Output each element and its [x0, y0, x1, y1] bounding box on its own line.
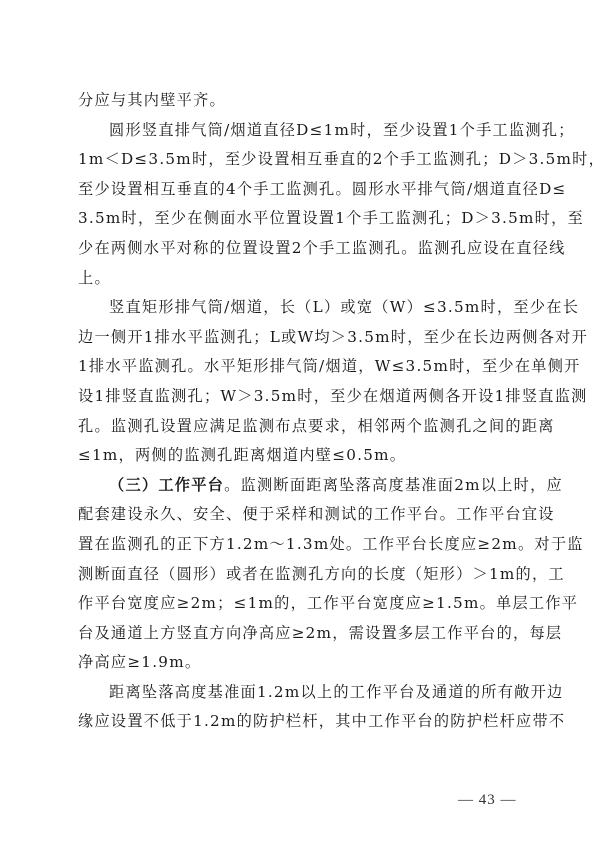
text-line: 1排水平监测孔。水平矩形排气筒/烟道，W≤3.5m时，至少在单侧开 [78, 352, 524, 382]
document-page: 分应与其内壁平齐。 圆形竖直排气筒/烟道直径D≤1m时，至少设置1个手工监测孔；… [78, 86, 524, 737]
text-line: 净高应≥1.9m。 [78, 648, 524, 678]
text-line: 配套建设永久、安全、便于采样和测试的工作平台。工作平台宜设 [78, 500, 524, 530]
text-line: 分应与其内壁平齐。 [78, 86, 524, 116]
text-line: 少在两侧水平对称的位置设置2个手工监测孔。监测孔应设在直径线 [78, 234, 524, 264]
text-line: ≤1m，两侧的监测孔距离烟道内壁≤0.5m。 [78, 441, 524, 471]
text-line: 边一侧开1排水平监测孔；L或W均＞3.5m时，至少在长边两侧各对开 [78, 323, 524, 353]
text-line: 作平台宽度应≥2m；≤1m的，工作平台宽度应≥1.5m。单层工作平 [78, 589, 524, 619]
text-line: 缘应设置不低于1.2m的防护栏杆，其中工作平台的防护栏杆应带不 [78, 707, 524, 737]
section-heading: （三）工作平台 [109, 476, 224, 494]
text-line: 上。 [78, 264, 524, 294]
text-line: 距离坠落高度基准面1.2m以上的工作平台及通道的所有敞开边 [78, 678, 524, 708]
text-line: 测断面直径（圆形）或者在监测孔方向的长度（矩形）＞1m的，工 [78, 560, 524, 590]
text-line: 竖直矩形排气筒/烟道，长（L）或宽（W）≤3.5m时，至少在长 [78, 293, 524, 323]
page-number: — 43 — [458, 792, 517, 809]
text-line: 至少设置相互垂直的4个手工监测孔。圆形水平排气筒/烟道直径D≤ [78, 175, 524, 205]
text-line: 孔。监测孔设置应满足监测布点要求，相邻两个监测孔之间的距离 [78, 412, 524, 442]
text-line: （三）工作平台。监测断面距离坠落高度基准面2m以上时，应 [78, 471, 524, 501]
text-line: 设1排竖直监测孔；W＞3.5m时，至少在烟道两侧各开设1排竖直监测 [78, 382, 524, 412]
text-line: 台及通道上方竖直方向净高应≥2m，需设置多层工作平台的，每层 [78, 619, 524, 649]
text-line: 3.5m时，至少在侧面水平位置设置1个手工监测孔；D＞3.5m时，至 [78, 204, 524, 234]
text-line: 置在监测孔的正下方1.2m～1.3m处。工作平台长度应≥2m。对于监 [78, 530, 524, 560]
text-line: 圆形竖直排气筒/烟道直径D≤1m时，至少设置1个手工监测孔； [78, 116, 524, 146]
text-run: 。监测断面距离坠落高度基准面2m以上时，应 [224, 476, 563, 494]
text-line: 1m＜D≤3.5m时，至少设置相互垂直的2个手工监测孔；D＞3.5m时， [78, 145, 524, 175]
